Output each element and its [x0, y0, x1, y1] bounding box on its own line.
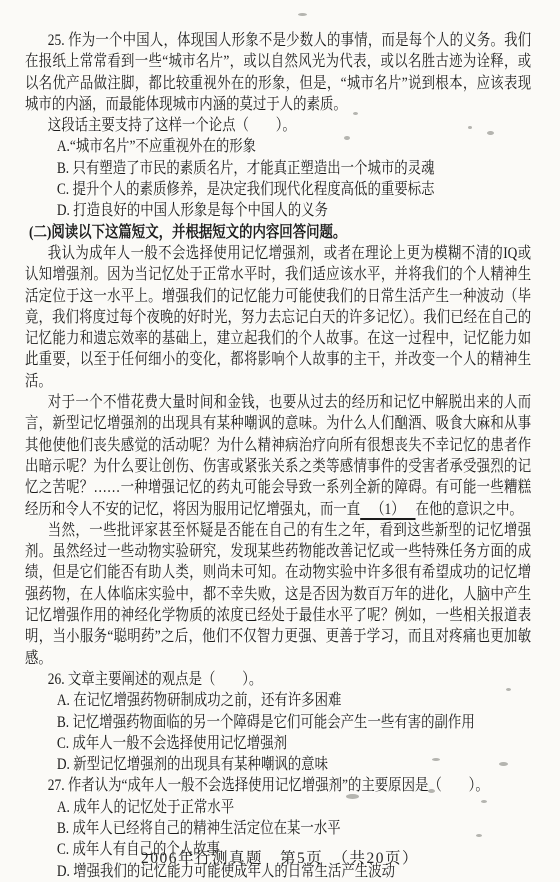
scan-noise — [481, 800, 487, 803]
scan-noise — [298, 13, 307, 16]
question-27-stem: 27. 作者认为“成年人一般不会选择使用记忆增强剂”的主要原因是（ ）。 — [25, 775, 531, 796]
scan-noise — [476, 834, 482, 837]
scan-noise — [346, 794, 359, 799]
scan-noise — [353, 112, 358, 115]
scan-noise — [432, 758, 440, 761]
question-25-option-a: A.“城市名片”不应重视外在的形象 — [25, 136, 531, 157]
page-text-column: 25. 作为一个中国人，体现国人形象不是少数人的事情，而是每个人的义务。我们在报… — [25, 30, 531, 882]
passage-paragraph-2-text: 对于一个不惜花费大量时间和金钱，也要从过去的经历和记忆中解脱出来的人而言，新型记… — [25, 394, 531, 517]
passage-paragraph-2-tail: 在他的意识之中。 — [416, 501, 523, 518]
passage-paragraph-2: 对于一个不惜花费大量时间和金钱，也要从过去的经历和记忆中解脱出来的人而言，新型记… — [25, 392, 531, 520]
question-26-option-a: A. 在记忆增强药物研制成功之前，还有许多困难 — [25, 690, 531, 711]
section-2-heading: (二)阅读以下这篇短文，并根据短文的内容回答问题。 — [25, 222, 531, 243]
scan-noise — [506, 688, 511, 691]
passage-paragraph-3: 当然，一些批评家甚至怀疑是否能在自己的有生之年，看到这些新型的记忆增强剂。虽然经… — [25, 520, 531, 669]
question-25-option-c: C. 提升个人的素质修养，是决定我们现代化程度高低的重要标志 — [25, 179, 531, 200]
passage-paragraph-1: 我认为成年人一般不会选择使用记忆增强剂，或者在理论上更为模糊不清的IQ或认知增强… — [25, 243, 531, 392]
question-25-stem: 25. 作为一个中国人，体现国人形象不是少数人的事情，而是每个人的义务。我们在报… — [25, 30, 531, 115]
question-25-prompt: 这段话主要支持了这样一个论点（ ）。 — [25, 115, 531, 136]
scan-noise — [487, 131, 494, 135]
fill-blank-1: （1） — [360, 501, 415, 520]
question-25-option-b: B. 只有塑造了市民的素质名片，才能真正塑造出一个城市的灵魂 — [25, 158, 531, 179]
scan-noise — [499, 762, 508, 766]
question-27-option-b: B. 成年人已经将自己的精神生活定位在某一水平 — [25, 818, 531, 839]
question-26-stem: 26. 文章主要阐述的观点是（ ）。 — [25, 669, 531, 690]
scan-noise — [344, 136, 350, 140]
question-26-option-b: B. 记忆增强药物面临的另一个障碍是它们可能会产生一些有害的副作用 — [25, 712, 531, 733]
question-25-option-d: D. 打造良好的中国人形象是每个中国人的义务 — [25, 200, 531, 221]
question-26-option-d: D. 新型记忆增强剂的出现具有某种嘲讽的意味 — [25, 754, 531, 775]
page-footer: 2006年行测真题 第5页 （共20页） — [0, 846, 560, 868]
scan-noise — [468, 126, 472, 129]
scan-noise — [428, 789, 435, 793]
scanned-exam-page: 25. 作为一个中国人，体现国人形象不是少数人的事情，而是每个人的义务。我们在报… — [0, 0, 560, 882]
question-26-option-c: C. 成年人一般不会选择使用记忆增强剂 — [25, 733, 531, 754]
question-27-option-a: A. 成年人的记忆处于正常水平 — [25, 797, 531, 818]
